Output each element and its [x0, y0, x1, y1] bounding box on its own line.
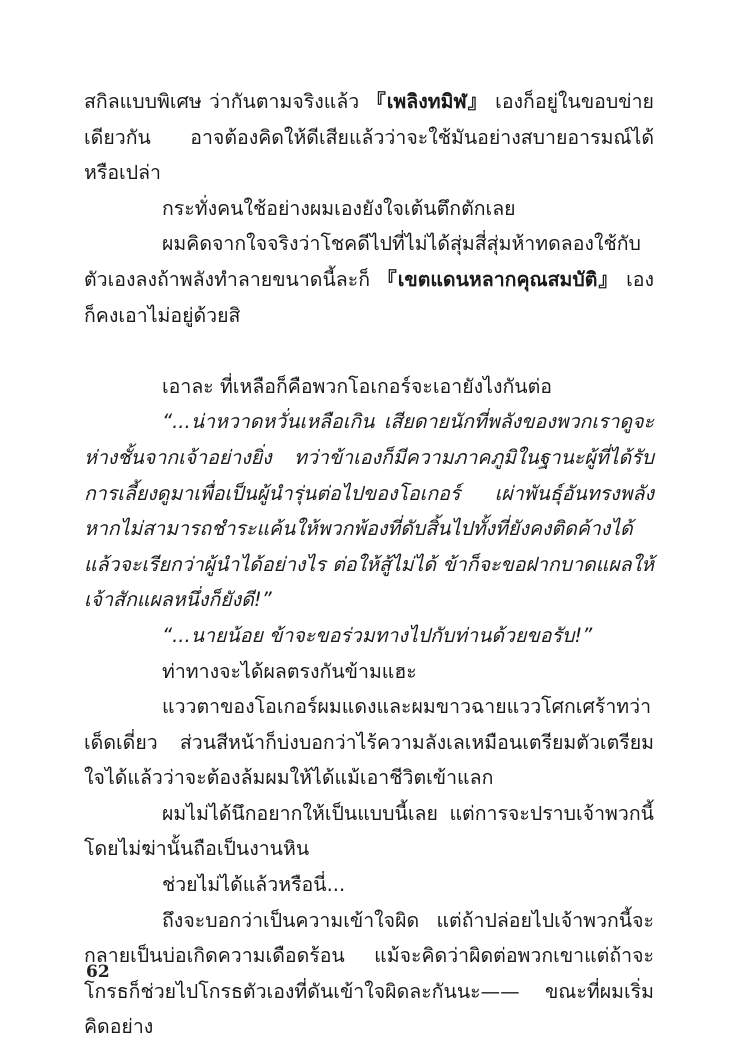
paragraph-2: กระทั่งคนใช้อย่างผมเองยังใจเต้นตึกตักเลย [84, 191, 654, 227]
text-segment: ผมไม่ได้นึกอยากให้เป็นแบบนี้เลย แต่การจะ… [84, 802, 654, 861]
book-page-body: สกิลแบบพิเศษ ว่ากันตามจริงแล้ว 『เพลิงทมิ… [84, 84, 654, 1045]
paragraph-5: ท่าทางจะได้ผลตรงกันข้ามแฮะ [84, 654, 654, 690]
text-segment: เอาละ ที่เหลือก็คือพวกโอเกอร์จะเอายังไงก… [162, 375, 552, 398]
paragraph-6: แววตาของโอเกอร์ผมแดงและผมขาวฉายแววโศกเศร… [84, 689, 654, 796]
text-segment: สกิลแบบพิเศษ ว่ากันตามจริงแล้ว [84, 90, 366, 113]
paragraph-4: เอาละ ที่เหลือก็คือพวกโอเกอร์จะเอายังไงก… [84, 369, 654, 405]
paragraph-9: ถึงจะบอกว่าเป็นความเข้าใจผิด แต่ถ้าปล่อย… [84, 903, 654, 1045]
text-segment: “...น่าหวาดหวั่นเหลือเกิน เสียดายนักที่พ… [84, 410, 654, 611]
skill-name-multi-attribute-barrier: 『เขตแดนหลากคุณสมบัติ』 [377, 268, 619, 291]
text-segment: แววตาของโอเกอร์ผมแดงและผมขาวฉายแววโศกเศร… [84, 695, 654, 789]
paragraph-3: ผมคิดจากใจจริงว่าโชคดีไปที่ไม่ได้สุ่มสี่… [84, 226, 654, 333]
text-segment: ช่วยไม่ได้แล้วหรือนี่... [162, 873, 345, 896]
text-segment: กระทั่งคนใช้อย่างผมเองยังใจเต้นตึกตักเลย [162, 197, 516, 220]
paragraph-8: ช่วยไม่ได้แล้วหรือนี่... [84, 867, 654, 903]
dialogue-1: “...น่าหวาดหวั่นเหลือเกิน เสียดายนักที่พ… [84, 404, 654, 618]
text-segment: ถึงจะบอกว่าเป็นความเข้าใจผิด แต่ถ้าปล่อย… [84, 909, 654, 1039]
text-segment: “...นายน้อย ข้าจะขอร่วมทางไปกับท่านด้วยข… [162, 624, 592, 647]
dialogue-2: “...นายน้อย ข้าจะขอร่วมทางไปกับท่านด้วยข… [84, 618, 654, 654]
text-segment: ท่าทางจะได้ผลตรงกันข้ามแฮะ [162, 660, 417, 683]
paragraph-1: สกิลแบบพิเศษ ว่ากันตามจริงแล้ว 『เพลิงทมิ… [84, 84, 654, 191]
skill-name-black-flame: 『เพลิงทมิฬ』 [366, 90, 488, 113]
section-break [84, 333, 654, 369]
page-number: 62 [86, 962, 110, 982]
paragraph-7: ผมไม่ได้นึกอยากให้เป็นแบบนี้เลย แต่การจะ… [84, 796, 654, 867]
